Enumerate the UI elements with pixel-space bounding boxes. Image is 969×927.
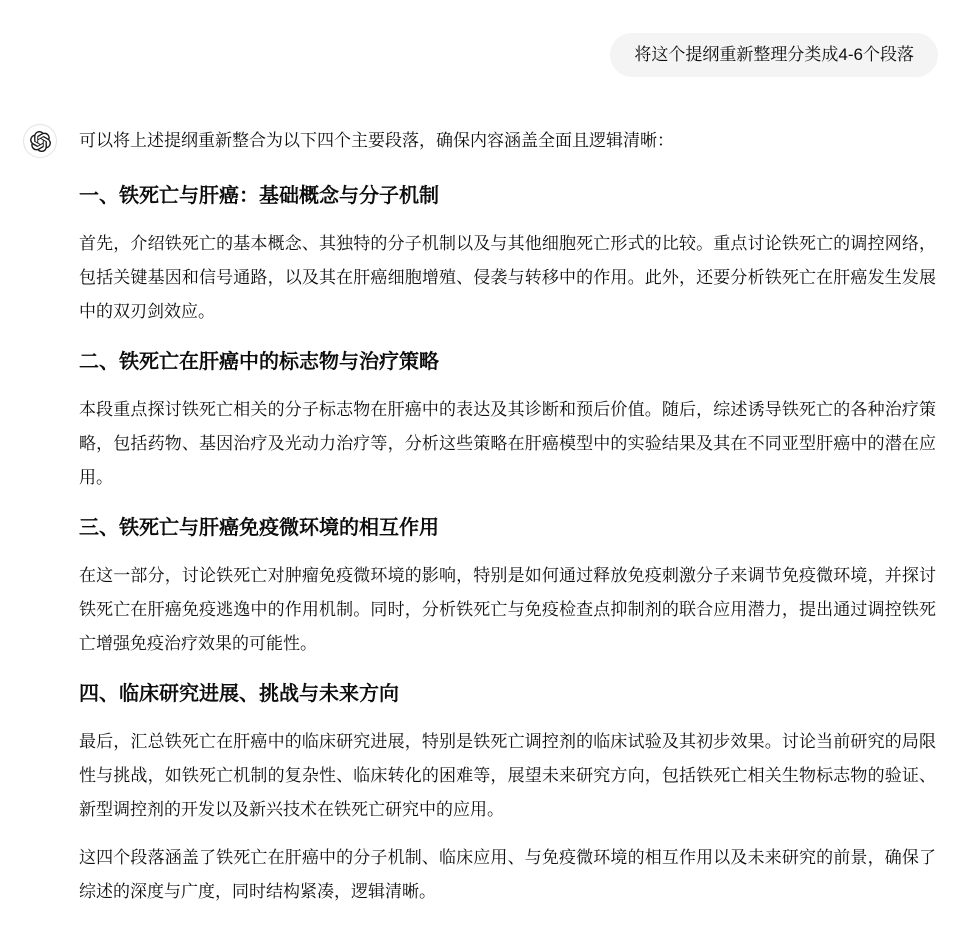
intro-paragraph: 可以将上述提纲重新整合为以下四个主要段落，确保内容涵盖全面且逻辑清晰： [79, 127, 936, 155]
assistant-avatar [23, 124, 57, 158]
openai-logo-icon [30, 131, 51, 152]
section-1-heading: 一、铁死亡与肝癌：基础概念与分子机制 [79, 181, 936, 211]
section-4-heading: 四、临床研究进展、挑战与未来方向 [79, 679, 936, 709]
section-3-heading: 三、铁死亡与肝癌免疫微环境的相互作用 [79, 513, 936, 543]
section-3-paragraph: 在这一部分，讨论铁死亡对肿瘤免疫微环境的影响，特别是如何通过释放免疫刺激分子来调… [79, 559, 936, 661]
section-2-heading: 二、铁死亡在肝癌中的标志物与治疗策略 [79, 347, 936, 377]
closing-paragraph: 这四个段落涵盖了铁死亡在肝癌中的分子机制、临床应用、与免疫微环境的相互作用以及未… [79, 841, 936, 909]
section-2-paragraph: 本段重点探讨铁死亡相关的分子标志物在肝癌中的表达及其诊断和预后价值。随后，综述诱… [79, 393, 936, 495]
user-message-bubble: 将这个提纲重新整理分类成4-6个段落 [610, 33, 938, 77]
assistant-message-row: 可以将上述提纲重新整合为以下四个主要段落，确保内容涵盖全面且逻辑清晰： 一、铁死… [23, 124, 938, 909]
section-1-paragraph: 首先，介绍铁死亡的基本概念、其独特的分子机制以及与其他细胞死亡形式的比较。重点讨… [79, 227, 936, 329]
chat-page: 将这个提纲重新整理分类成4-6个段落 可以将上述提纲重新整合为以下四个主要段落，… [0, 0, 969, 927]
section-4-paragraph: 最后，汇总铁死亡在肝癌中的临床研究进展，特别是铁死亡调控剂的临床试验及其初步效果… [79, 725, 936, 827]
assistant-message-content: 可以将上述提纲重新整合为以下四个主要段落，确保内容涵盖全面且逻辑清晰： 一、铁死… [79, 124, 936, 909]
user-message-row: 将这个提纲重新整理分类成4-6个段落 [23, 33, 938, 77]
